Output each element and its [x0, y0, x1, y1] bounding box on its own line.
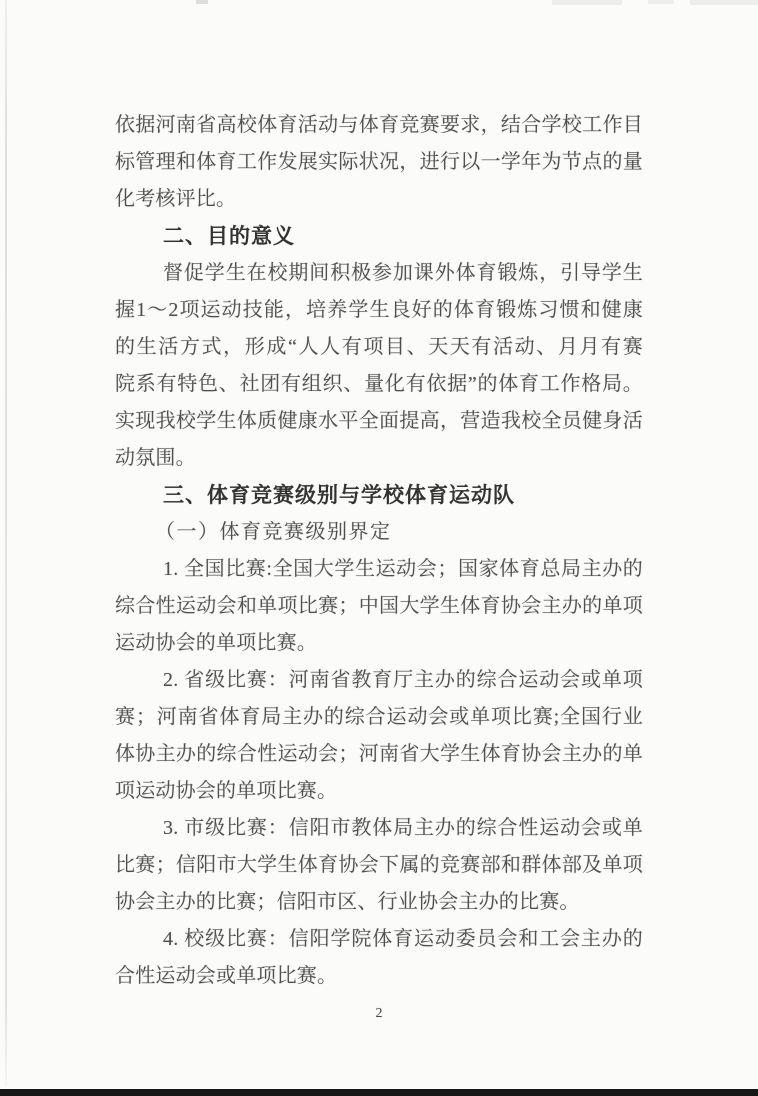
- page-footer: 2: [115, 1004, 643, 1022]
- text-line: 协会主办的比赛；信阳市区、行业协会主办的比赛。: [115, 884, 643, 921]
- text-line: 综合性运动会和单项比赛；中国大学生体育协会主办的单项: [115, 588, 643, 625]
- scan-artifact-bottom-bar: [0, 1089, 758, 1096]
- text-line: 院系有特色、社团有组织、量化有依据”的体育工作格局。: [115, 366, 643, 403]
- scan-artifact-top-smudge: [196, 0, 208, 4]
- text-line: 二、目的意义: [115, 218, 643, 255]
- text-line: 督促学生在校期间积极参加课外体育锻炼，引导学生掌: [115, 255, 643, 292]
- text-line: 的生活方式，形成“人人有项目、天天有活动、月月有赛事、: [115, 329, 643, 366]
- text-line: 4. 校级比赛：信阳学院体育运动委员会和工会主办的综: [115, 921, 643, 958]
- text-line: 实现我校学生体质健康水平全面提高，营造我校全员健身活: [115, 403, 643, 440]
- text-line: （一）体育竞赛级别界定: [115, 514, 643, 551]
- text-line: 运动协会的单项比赛。: [115, 625, 643, 662]
- document-lines: 依据河南省高校体育活动与体育竞赛要求，结合学校工作目标管理和体育工作发展实际状况…: [115, 107, 643, 995]
- scan-artifact-top-smudge: [552, 0, 622, 5]
- text-line: 项运动协会的单项比赛。: [115, 773, 643, 810]
- text-line: 1. 全国比赛:全国大学生运动会；国家体育总局主办的: [115, 551, 643, 588]
- scan-artifact-left-line: [5, 0, 7, 1086]
- text-line: 三、体育竞赛级别与学校体育运动队: [115, 477, 643, 514]
- scan-artifact-top-smudge: [690, 0, 758, 5]
- text-line: 标管理和体育工作发展实际状况，进行以一学年为节点的量: [115, 144, 643, 181]
- text-line: 赛；河南省体育局主办的综合运动会或单项比赛;全国行业: [115, 699, 643, 736]
- scan-artifact-top-smudge: [648, 0, 674, 4]
- text-line: 动氛围。: [115, 440, 643, 477]
- text-line: 比赛；信阳市大学生体育协会下属的竞赛部和群体部及单项: [115, 847, 643, 884]
- text-line: 3. 市级比赛：信阳市教体局主办的综合性运动会或单项: [115, 810, 643, 847]
- text-line: 体协主办的综合性运动会；河南省大学生体育协会主办的单: [115, 736, 643, 773]
- text-line: 化考核评比。: [115, 181, 643, 218]
- scanned-document-page: 依据河南省高校体育活动与体育竞赛要求，结合学校工作目标管理和体育工作发展实际状况…: [0, 0, 758, 1096]
- text-line: 合性运动会或单项比赛。: [115, 958, 643, 995]
- page-number: 2: [376, 1006, 383, 1021]
- text-line: 依据河南省高校体育活动与体育竞赛要求，结合学校工作目: [115, 107, 643, 144]
- text-line: 2. 省级比赛：河南省教育厅主办的综合运动会或单项比: [115, 662, 643, 699]
- text-line: 握1～2项运动技能，培养学生良好的体育锻炼习惯和健康: [115, 292, 643, 329]
